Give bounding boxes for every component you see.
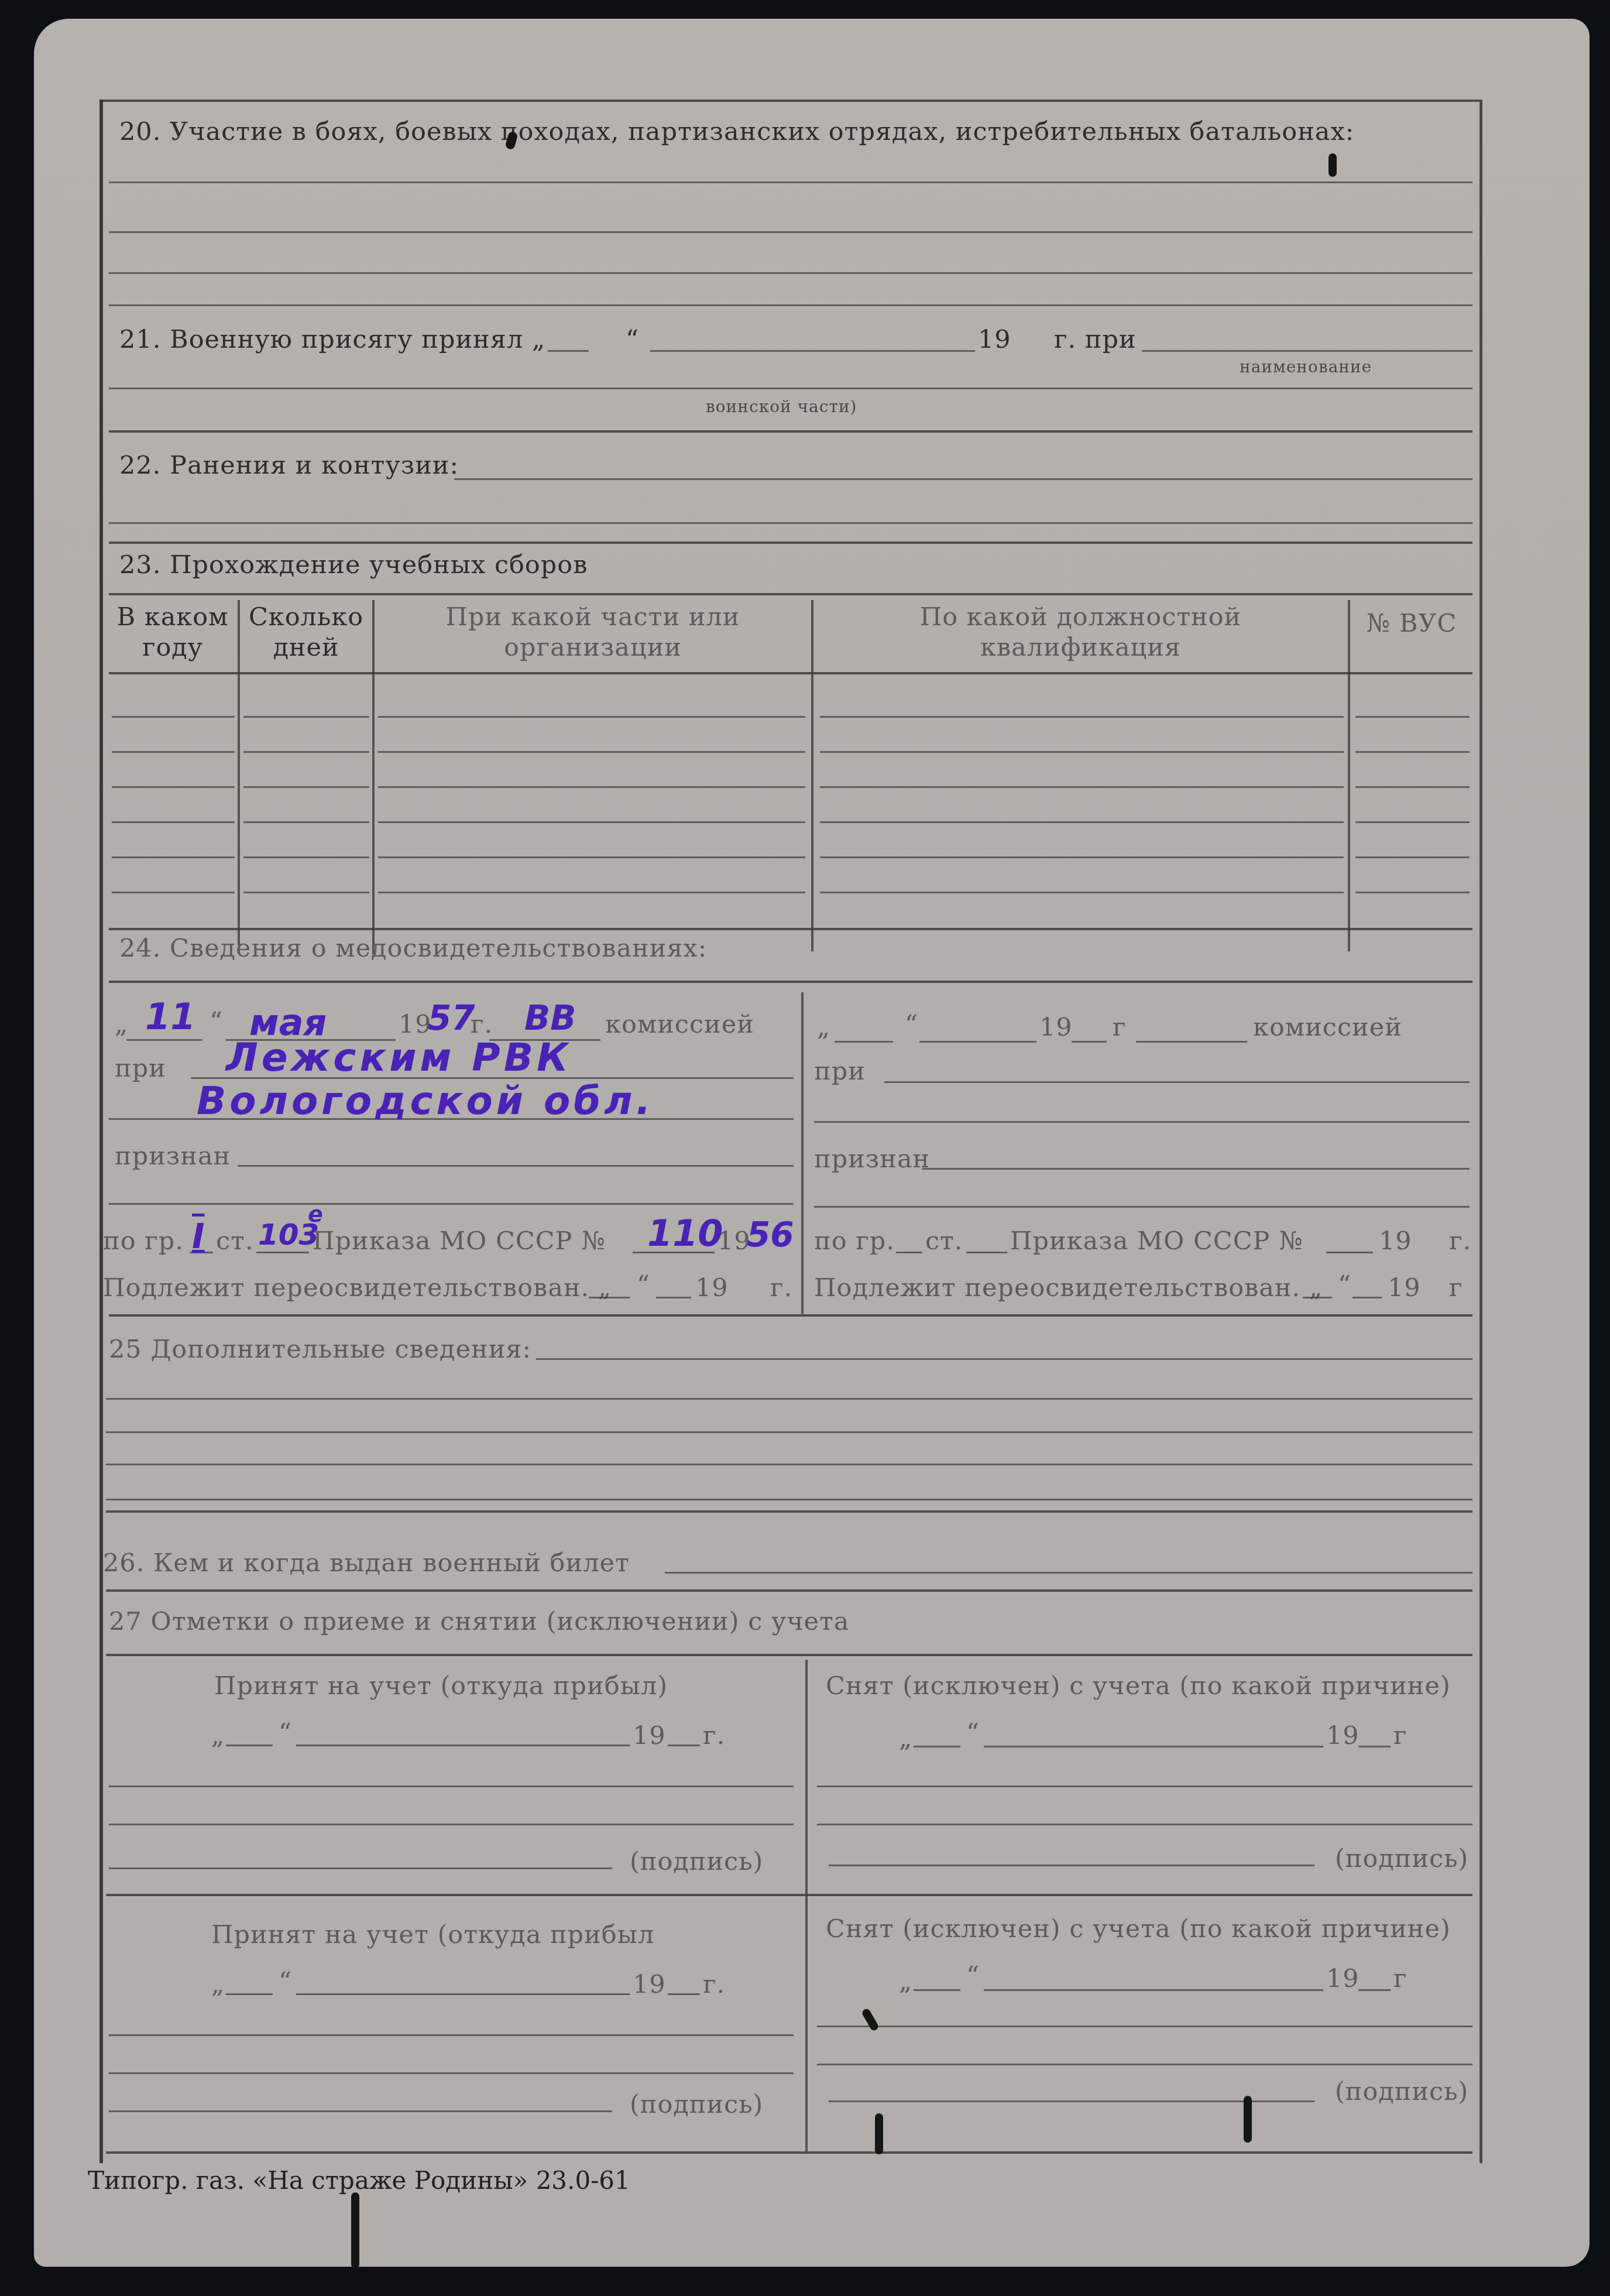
s27-b3-close-quote: “ <box>279 1967 292 1996</box>
s27-b3-line-1[interactable] <box>109 2034 794 2036</box>
s21-year-prefix: 19 <box>978 325 1011 354</box>
s24-l-pri-value-1: Лежским РВК <box>226 1035 572 1080</box>
s27-b2-g: г <box>1393 1721 1408 1750</box>
s24-r-commission-label: комиссией <box>1253 1013 1402 1042</box>
s27-b4-close-quote: “ <box>966 1961 980 1990</box>
s23-r1-qual[interactable] <box>820 716 1344 718</box>
s21-quote: “ <box>626 325 639 354</box>
s24-l-prikaz-label: Приказа МО СССР № <box>313 1226 606 1256</box>
s24-r-resurvey-day[interactable] <box>1303 1297 1332 1298</box>
s24-r-year-field[interactable] <box>1072 1041 1107 1043</box>
s27-b4-day-field[interactable] <box>914 1989 960 1991</box>
s24-l-pri-label: при <box>115 1054 166 1083</box>
s24-r-prikaz-label: Приказа МО СССР № <box>1010 1226 1303 1256</box>
s27-b2-line-1[interactable] <box>817 1786 1472 1787</box>
s23-r1-unit[interactable] <box>378 716 805 718</box>
s24-l-open-quote: „ <box>115 1010 128 1039</box>
s24-r-g: г <box>1113 1013 1127 1042</box>
s24-r-month-field[interactable] <box>919 1041 1036 1043</box>
s22-label: 22. Ранения и контузии: <box>119 451 459 480</box>
s27-b2-year-field[interactable] <box>1358 1746 1391 1747</box>
s27-middle-border <box>106 1894 1472 1896</box>
s20-line-2[interactable] <box>109 231 1472 233</box>
s24-r-po-gr-label: по гр. <box>814 1226 895 1256</box>
s26-line-1[interactable] <box>665 1572 1472 1574</box>
s24-l-priznan-field[interactable] <box>238 1165 794 1167</box>
s23-r3-qual[interactable] <box>820 786 1344 788</box>
s27-b1-title: Принят на учет (откуда прибыл) <box>214 1671 668 1701</box>
printer-imprint: Типогр. газ. «На страже Родины» 23.0-61 <box>88 2166 630 2195</box>
s27-b1-g: г. <box>703 1721 725 1750</box>
s23-col-year-line1: В каком <box>108 602 238 632</box>
s24-r-commission-field[interactable] <box>1136 1041 1247 1043</box>
s26-label: 26. Кем и когда выдан военный билет <box>103 1548 630 1578</box>
s23-r4-vus[interactable] <box>1355 821 1470 823</box>
s27-b3-signature-label: (подпись) <box>630 2090 763 2119</box>
s23-header-top <box>109 593 1472 595</box>
s23-col-qualification-line1: По какой должностной <box>813 602 1348 632</box>
s27-b1-line-2[interactable] <box>109 1824 794 1825</box>
s24-r-resurvey-quote: “ <box>1338 1270 1351 1300</box>
s24-r-resurvey-label: Подлежит переосвидетельствован. „ <box>814 1273 1323 1303</box>
s23-bottom-border <box>109 928 1472 930</box>
s23-r5-unit[interactable] <box>378 856 805 858</box>
s24-l-resurvey-day[interactable] <box>589 1297 630 1298</box>
s23-r4-days[interactable] <box>243 821 369 823</box>
s20-label: 20. Участие в боях, боевых походах, парт… <box>119 117 1354 146</box>
s27-b1-year-field[interactable] <box>668 1745 700 1746</box>
s24-l-commission-label: комиссией <box>605 1010 754 1039</box>
s23-r6-year[interactable] <box>112 892 235 893</box>
s27-b3-line-2[interactable] <box>109 2072 794 2074</box>
s21-hint-bottom: воинской части) <box>706 397 857 416</box>
s25-line-5[interactable] <box>106 1499 1472 1500</box>
s27-b2-title: Снят (исключен) с учета (по какой причин… <box>826 1671 1451 1701</box>
s24-r-priznan-label: признан <box>814 1144 930 1174</box>
s23-r5-days[interactable] <box>243 856 369 858</box>
s23-r4-unit[interactable] <box>378 821 805 823</box>
s24-l-resurvey-quote: “ <box>637 1270 650 1300</box>
s27-b2-close-quote: “ <box>966 1718 980 1747</box>
s21-bottom-border <box>109 430 1472 433</box>
s24-l-prikaz-number-value: 110 <box>647 1212 723 1255</box>
s22-line-2[interactable] <box>109 522 1472 524</box>
s23-r6-days[interactable] <box>243 892 369 893</box>
s23-r6-qual[interactable] <box>820 892 1344 893</box>
s23-r2-days[interactable] <box>243 751 369 753</box>
s24-r-priznan-field-2[interactable] <box>814 1206 1470 1208</box>
s27-b1-open-quote: „ <box>211 1721 225 1750</box>
s26-bottom-border <box>106 1589 1472 1592</box>
s24-r-gr-field[interactable] <box>896 1252 922 1253</box>
s24-r-prikaz-g: г. <box>1449 1226 1471 1256</box>
s21-hint-top: наименование <box>1240 357 1372 376</box>
s27-b1-close-quote: “ <box>279 1718 292 1747</box>
s23-label: 23. Прохождение учебных сборов <box>119 550 588 580</box>
s25-line-1[interactable] <box>536 1358 1472 1360</box>
s24-l-day-value: 11 <box>145 995 195 1038</box>
s27-b1-signature-field[interactable] <box>109 1867 612 1869</box>
s23-col-year-line2: году <box>108 632 238 663</box>
s24-l-pri-value-2: Вологодской обл. <box>197 1078 654 1123</box>
s23-col-unit-line2: организации <box>375 632 811 663</box>
s24-r-prikaz-number-field[interactable] <box>1326 1252 1373 1253</box>
s27-b2-open-quote: „ <box>899 1724 912 1753</box>
s24-l-prikaz-year-value: 56 <box>747 1215 794 1255</box>
frame-bottom-border <box>106 2151 1472 2154</box>
s27-b3-year-field[interactable] <box>668 1993 700 1995</box>
s27-b3-g: г. <box>703 1970 725 1999</box>
s20-line-1[interactable] <box>109 181 1472 183</box>
s23-r3-vus[interactable] <box>1355 786 1470 788</box>
paper-tear-mark <box>1244 2096 1252 2143</box>
frame-top-border <box>103 100 1479 102</box>
s27-b4-signature-field[interactable] <box>829 2100 1314 2102</box>
s23-r3-unit[interactable] <box>378 786 805 788</box>
s23-col-qualification: По какой должностной квалификация <box>813 602 1348 663</box>
s21-day-field[interactable] <box>548 350 589 352</box>
s23-col-unit-line1: При какой части или <box>375 602 811 632</box>
s23-r1-vus[interactable] <box>1355 716 1470 718</box>
s24-l-resurvey-month[interactable] <box>656 1297 691 1298</box>
s24-r-st-field[interactable] <box>966 1252 1007 1253</box>
s27-b4-year-field[interactable] <box>1358 1989 1391 1991</box>
s23-col-days-line1: Сколько <box>240 602 372 632</box>
s24-l-st-superscript: е <box>308 1201 323 1227</box>
s20-line-4[interactable] <box>109 304 1472 306</box>
s27-b1-signature-label: (подпись) <box>630 1847 763 1876</box>
s24-l-year-value: 57 <box>428 998 475 1038</box>
s27-b2-month-field[interactable] <box>984 1746 1323 1747</box>
s24-r-pri-field[interactable] <box>884 1081 1470 1083</box>
s27-b1-month-field[interactable] <box>296 1745 630 1746</box>
s23-r4-qual[interactable] <box>820 821 1344 823</box>
s24-r-st-label: ст. <box>925 1226 963 1256</box>
s27-b3-month-field[interactable] <box>296 1993 630 1995</box>
s22-line-1[interactable] <box>454 478 1472 480</box>
s27-b3-day-field[interactable] <box>226 1993 273 1995</box>
s21-label: 21. Военную присягу принял „ <box>119 325 545 354</box>
s27-b3-year-prefix: 19 <box>633 1970 666 1999</box>
s24-r-resurvey-year: 19 <box>1388 1273 1421 1303</box>
s23-r3-days[interactable] <box>243 786 369 788</box>
s24-r-close-quote: “ <box>905 1010 918 1039</box>
s27-b2-line-2[interactable] <box>817 1824 1472 1825</box>
s27-b4-line-1[interactable] <box>817 2026 1472 2027</box>
s24-r-year-prefix: 19 <box>1039 1013 1073 1042</box>
s21-unit-field[interactable] <box>1142 350 1472 352</box>
s25-line-3[interactable] <box>106 1431 1472 1433</box>
s23-col-days: Сколько дней <box>240 602 372 663</box>
s27-b2-signature-label: (подпись) <box>1335 1844 1468 1873</box>
s23-col-divider-4 <box>1348 600 1350 951</box>
s23-r2-vus[interactable] <box>1355 751 1470 753</box>
s24-l-st-field[interactable] <box>256 1252 309 1253</box>
s24-r-pri-label: при <box>814 1057 866 1086</box>
s23-r2-year[interactable] <box>112 751 235 753</box>
s24-l-prikaz-year-prefix: 19 <box>718 1226 751 1256</box>
s23-r6-vus[interactable] <box>1355 892 1470 893</box>
s23-r2-unit[interactable] <box>378 751 805 753</box>
s27-b2-day-field[interactable] <box>914 1746 960 1747</box>
s24-l-priznan-field-2[interactable] <box>109 1203 794 1205</box>
s21-unit-field-2[interactable] <box>109 388 1472 389</box>
s25-line-4[interactable] <box>106 1464 1472 1465</box>
s23-header-bottom <box>109 672 1472 674</box>
s27-b4-open-quote: „ <box>899 1967 912 1996</box>
s27-b4-signature-label: (подпись) <box>1335 2077 1468 2106</box>
s24-header-bottom <box>109 981 1472 983</box>
s24-r-day-field[interactable] <box>835 1041 893 1043</box>
s23-r3-year[interactable] <box>112 786 235 788</box>
s25-line-2[interactable] <box>106 1398 1472 1400</box>
s24-l-commission-value: ВВ <box>524 998 576 1038</box>
s27-b2-signature-field[interactable] <box>829 1865 1314 1866</box>
s24-r-pri-field-2[interactable] <box>814 1121 1470 1123</box>
s24-r-open-quote: „ <box>817 1013 830 1042</box>
s24-r-prikaz-year-prefix: 19 <box>1379 1226 1412 1256</box>
s23-r5-vus[interactable] <box>1355 856 1470 858</box>
s24-column-divider <box>801 992 804 1314</box>
s24-label: 24. Сведения о медосвидетельствованиях: <box>119 934 707 963</box>
s27-b2-year-prefix: 19 <box>1326 1721 1360 1750</box>
s21-month-field[interactable] <box>650 350 975 352</box>
s24-l-day-field[interactable] <box>126 1039 202 1041</box>
s23-col-year: В каком году <box>108 602 238 663</box>
s24-l-resurvey-g: г. <box>770 1273 792 1303</box>
s27-b3-signature-field[interactable] <box>109 2110 612 2112</box>
s23-r4-year[interactable] <box>112 821 235 823</box>
s27-label: 27 Отметки о приеме и снятии (исключении… <box>109 1607 850 1636</box>
s25-label: 25 Дополнительные сведения: <box>109 1335 531 1364</box>
s22-bottom-border <box>109 542 1472 544</box>
s27-b4-line-2[interactable] <box>817 2064 1472 2065</box>
s24-r-resurvey-month[interactable] <box>1352 1297 1382 1298</box>
s27-header-bottom <box>106 1654 1472 1656</box>
s24-l-close-quote: “ <box>210 1007 223 1036</box>
s24-l-resurvey-year: 19 <box>695 1273 729 1303</box>
s24-r-priznan-field[interactable] <box>922 1168 1470 1170</box>
s27-b3-open-quote: „ <box>211 1970 225 1999</box>
s24-l-resurvey-label: Подлежит переосвидетельствован. „ <box>103 1273 612 1303</box>
s27-b1-day-field[interactable] <box>226 1745 273 1746</box>
s24-l-st-label: ст. <box>216 1226 254 1256</box>
s23-col-qualification-line2: квалификация <box>813 632 1348 663</box>
s24-bottom-border <box>109 1314 1472 1317</box>
s24-l-priznan-label: признан <box>115 1142 231 1171</box>
s27-b4-month-field[interactable] <box>984 1989 1323 1991</box>
paper-tear-mark <box>875 2113 883 2154</box>
s27-b4-title: Снят (исключен) с учета (по какой причин… <box>826 1914 1451 1944</box>
s27-b4-g: г <box>1393 1964 1408 1993</box>
s23-r5-year[interactable] <box>112 856 235 858</box>
form-frame: 20. Участие в боях, боевых походах, парт… <box>99 100 1482 2163</box>
s23-col-vus: № ВУС <box>1350 609 1473 638</box>
s27-b1-line-1[interactable] <box>109 1786 794 1787</box>
s27-b4-year-prefix: 19 <box>1326 1964 1360 1993</box>
s23-r5-qual[interactable] <box>820 856 1344 858</box>
s20-line-3[interactable] <box>109 272 1472 274</box>
s27-column-divider <box>805 1660 808 2151</box>
s23-r6-unit[interactable] <box>378 892 805 893</box>
s23-r2-qual[interactable] <box>820 751 1344 753</box>
s21-g-pri: г. при <box>1054 325 1137 354</box>
paper-tear-mark <box>1328 153 1337 177</box>
s23-col-unit: При какой части или организации <box>375 602 811 663</box>
s23-r1-year[interactable] <box>112 716 235 718</box>
s23-r1-days[interactable] <box>243 716 369 718</box>
paper-tear-mark <box>351 2192 359 2268</box>
s27-b3-title: Принят на учет (откуда прибыл <box>211 1920 654 1949</box>
s24-l-gr-value: I <box>192 1216 205 1256</box>
s25-bottom-border <box>106 1510 1472 1513</box>
s24-l-po-gr-label: по гр. <box>103 1226 184 1256</box>
s24-r-resurvey-g: г <box>1449 1273 1463 1303</box>
s23-col-days-line2: дней <box>240 632 372 663</box>
s27-b1-year-prefix: 19 <box>633 1721 666 1750</box>
